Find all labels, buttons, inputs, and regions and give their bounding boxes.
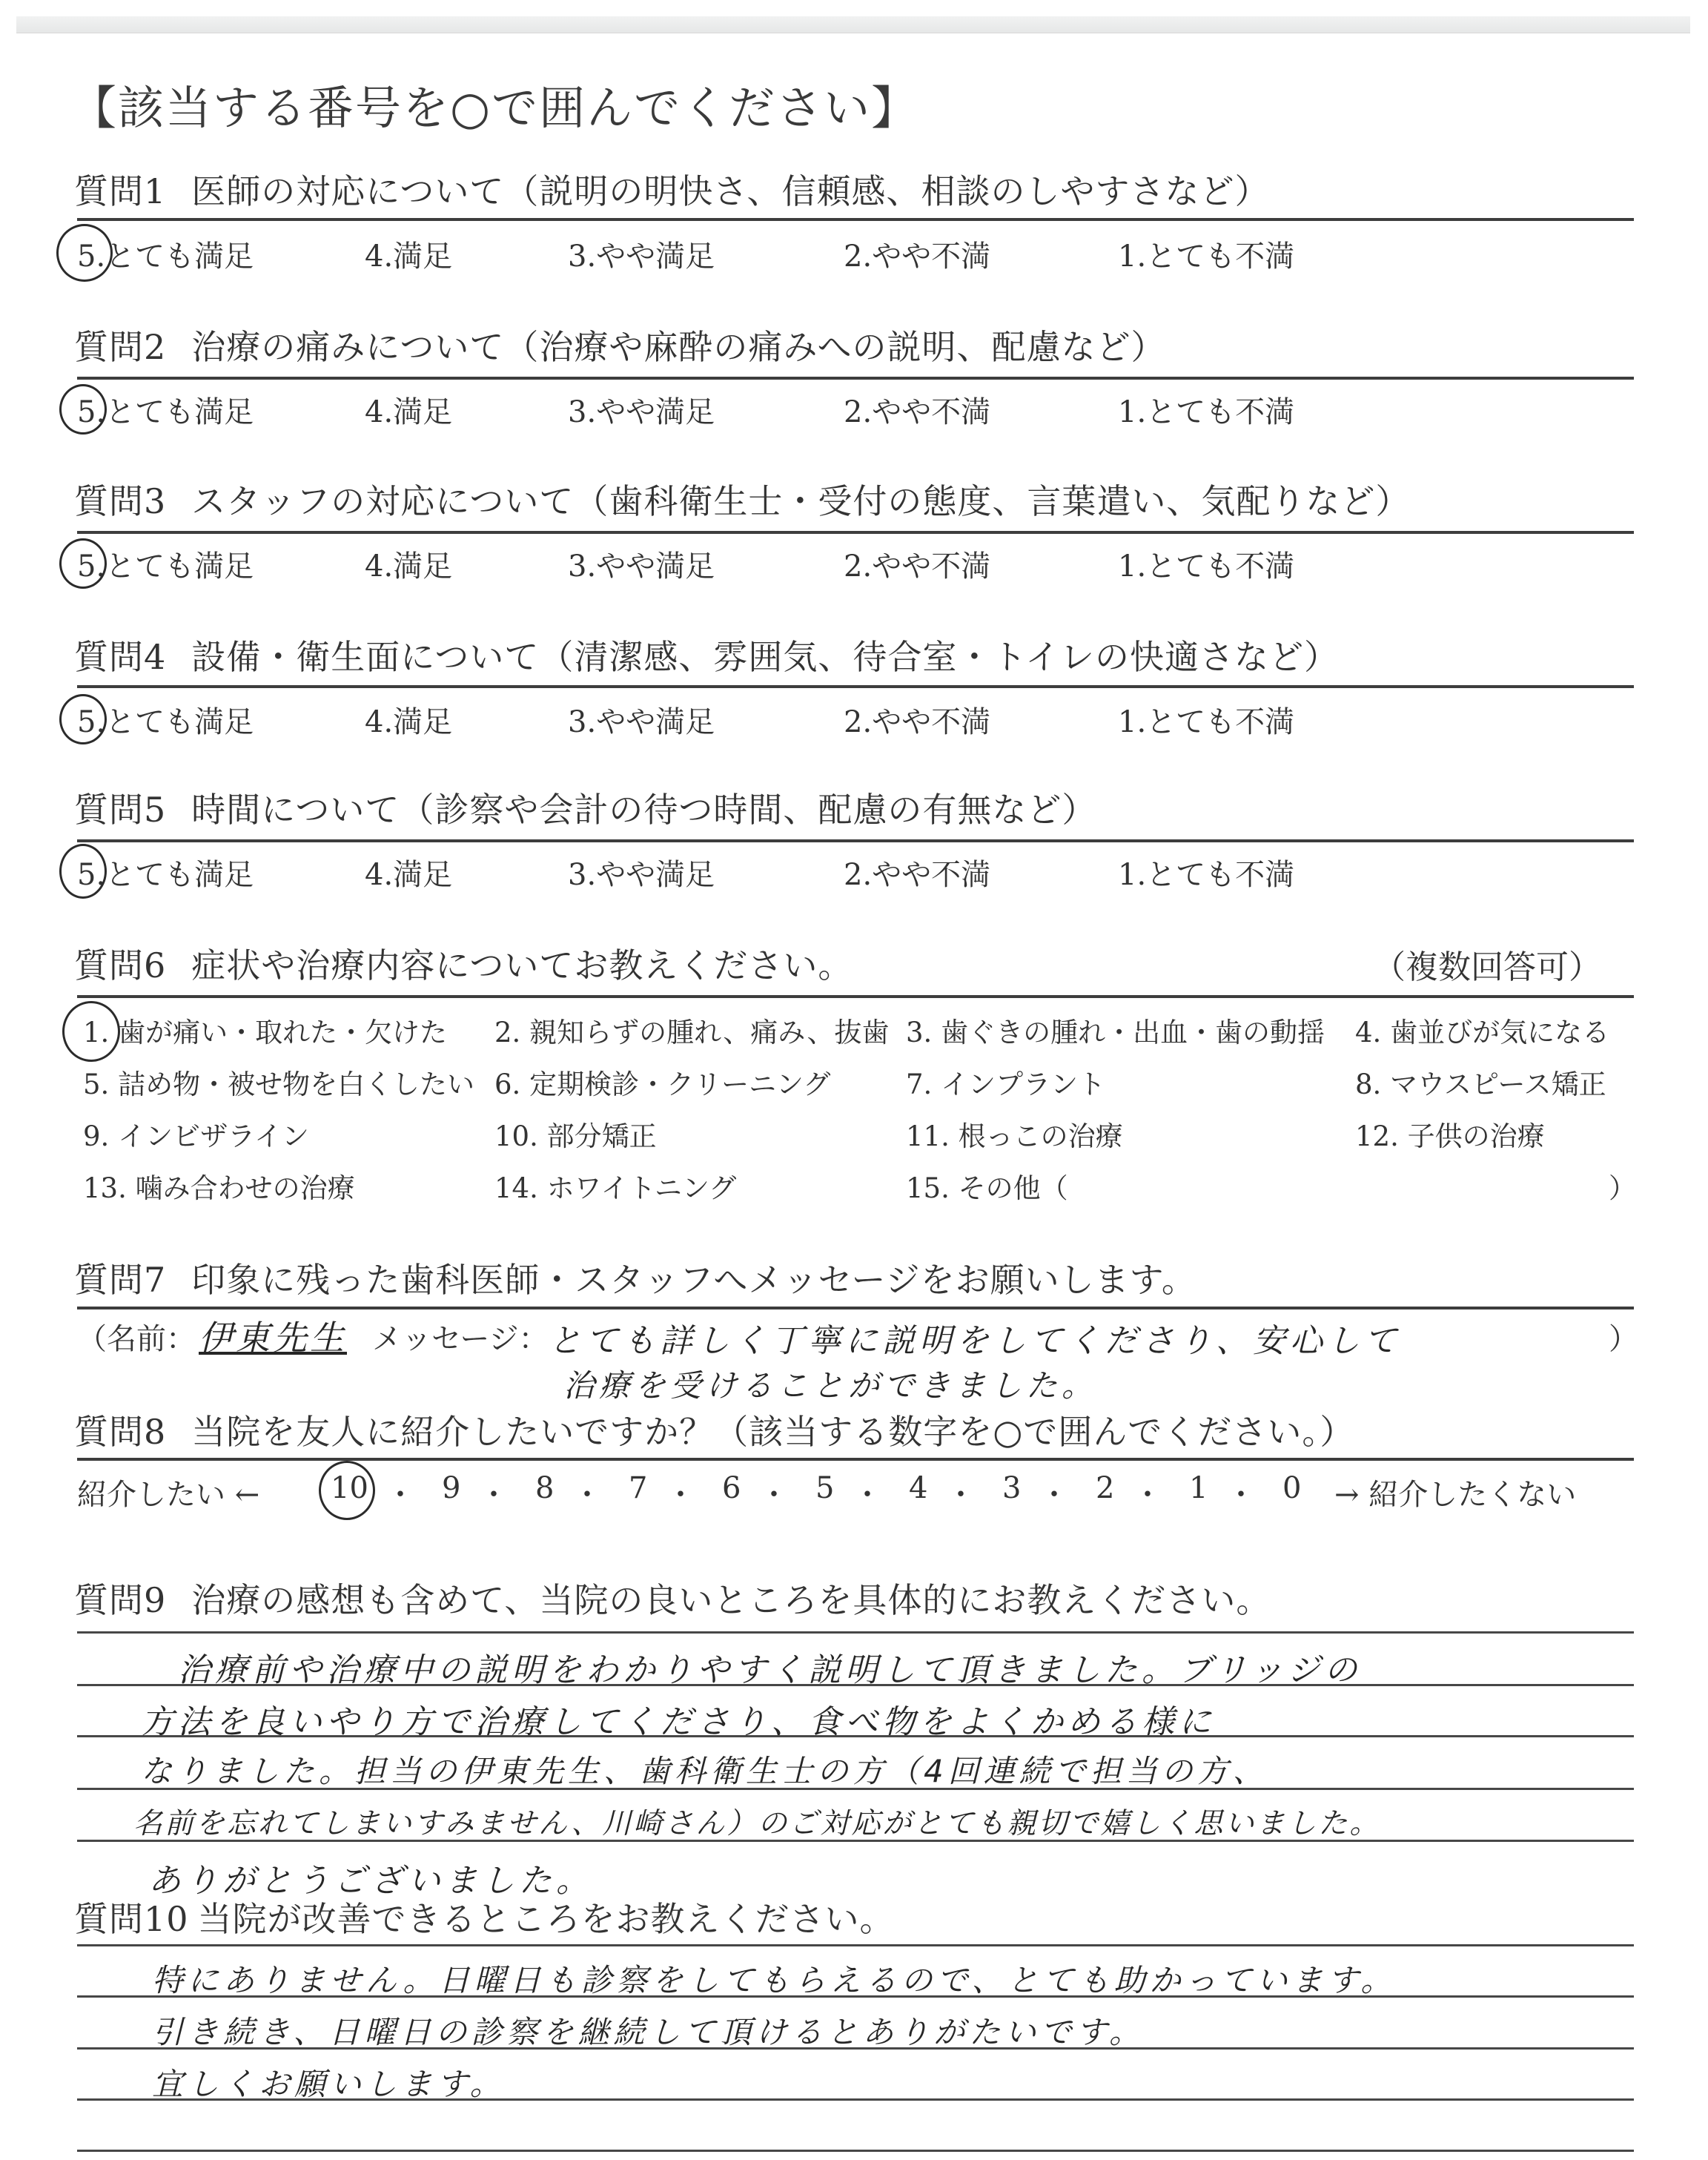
option-2[interactable]: 2.やや不満 <box>844 851 990 894</box>
scale-7[interactable]: 7 <box>629 1471 647 1505</box>
message-field-line-2[interactable]: 治療を受けることができました。 <box>563 1361 1097 1406</box>
option-4[interactable]: 4.満足 <box>365 543 452 585</box>
option-4[interactable]: 4.満足 <box>365 389 452 431</box>
divider <box>77 1944 1634 1946</box>
option-1[interactable]: 1.とても不満 <box>1118 233 1294 275</box>
answer-line-3[interactable]: なりました。担当の伊東先生、歯科衛生士の方（4回連続で担当の方、 <box>141 1747 1268 1791</box>
scale-6[interactable]: 6 <box>722 1471 741 1505</box>
page-title: 【該当する番号を○で囲んでください】 <box>70 71 918 137</box>
checkbox-item-1[interactable]: 1. 歯が痛い・取れた・欠けた <box>83 1010 447 1050</box>
question-text: 印象に残った歯科医師・スタッフへメッセージをお願いします。 <box>191 1260 1196 1300</box>
option-2[interactable]: 2.やや不満 <box>844 698 990 741</box>
writing-line <box>77 2098 1634 2101</box>
question-text: 治療の感想も含めて、当院の良いところを具体的にお教えください。 <box>191 1580 1271 1620</box>
option-5[interactable]: 5.とても満足 <box>77 389 254 431</box>
option-2[interactable]: 2.やや不満 <box>844 233 990 275</box>
checkbox-item-9[interactable]: 9. インビザライン <box>83 1114 309 1154</box>
question-4-options: 5.とても満足 4.満足 3.やや満足 2.やや不満 1.とても不満 <box>74 698 1557 736</box>
question-text: 時間について（診察や会計の待つ時間、配慮の有無など） <box>191 790 1096 830</box>
checkbox-item-11[interactable]: 11. 根っこの治療 <box>906 1114 1123 1154</box>
writing-line <box>77 2047 1634 2050</box>
checkbox-item-6[interactable]: 6. 定期検診・クリーニング <box>494 1062 830 1102</box>
separator: ・ <box>759 1471 789 1513</box>
question-text: 症状や治療内容についてお教えください。 <box>191 945 853 985</box>
option-3[interactable]: 3.やや満足 <box>568 851 715 894</box>
separator: ・ <box>385 1471 415 1513</box>
scale-9[interactable]: 9 <box>442 1471 460 1505</box>
question-number: 質問7 <box>74 1260 166 1300</box>
divider <box>77 995 1634 998</box>
option-1[interactable]: 1.とても不満 <box>1118 389 1294 431</box>
checkbox-item-3[interactable]: 3. 歯ぐきの腫れ・出血・歯の動揺 <box>906 1010 1325 1050</box>
option-3[interactable]: 3.やや満足 <box>568 389 715 431</box>
question-1-heading: 質問1医師の対応について（説明の明快さ、信頼感、相談のしやすさなど） <box>74 165 1270 214</box>
message-label: メッセージ： <box>372 1315 549 1358</box>
answer-line-2[interactable]: 引き続き、日曜日の診察を継続して頂けるとありがたいです。 <box>152 2008 1145 2052</box>
option-5[interactable]: 5.とても満足 <box>77 698 254 741</box>
writing-line <box>77 2150 1634 2152</box>
question-1-options: 5.とても満足 4.満足 3.やや満足 2.やや不満 1.とても不満 <box>74 233 1557 270</box>
divider <box>77 839 1634 842</box>
question-number: 質問8 <box>74 1412 166 1452</box>
scale-10[interactable]: 10 <box>331 1471 368 1505</box>
scale-3[interactable]: 3 <box>1002 1471 1021 1505</box>
question-text: 設備・衛生面について（清潔感、雰囲気、待合室・トイレの快適さなど） <box>191 637 1339 677</box>
question-8-heading: 質問8当院を友人に紹介したいですか？（該当する数字を○で囲んでください。） <box>74 1405 1354 1454</box>
writing-line <box>77 1684 1634 1686</box>
option-3[interactable]: 3.やや満足 <box>568 233 715 275</box>
question-2-heading: 質問2治療の痛みについて（治療や麻酔の痛みへの説明、配慮など） <box>74 320 1165 369</box>
checkbox-item-12[interactable]: 12. 子供の治療 <box>1355 1114 1545 1154</box>
separator: ・ <box>853 1471 882 1513</box>
question-number: 質問10 <box>74 1899 189 1939</box>
answer-line-3[interactable]: 宜しくお願いします。 <box>152 2060 506 2104</box>
question-number: 質問5 <box>74 790 166 830</box>
divider <box>77 1458 1634 1461</box>
separator: ・ <box>479 1471 509 1513</box>
question-text: 当院を友人に紹介したいですか？（該当する数字を○で囲んでください。） <box>191 1412 1354 1452</box>
divider <box>77 1631 1634 1634</box>
message-field-line-1[interactable]: とても詳しく丁寧に説明をしてくださり、安心して <box>549 1314 1401 1361</box>
scale-left-label: 紹介したい ← <box>77 1471 259 1513</box>
other-close-paren: ） <box>1609 1166 1636 1206</box>
writing-line <box>77 1995 1634 1998</box>
question-text: 当院が改善できるところをお教えください。 <box>198 1899 895 1939</box>
divider <box>77 531 1634 534</box>
scale-2[interactable]: 2 <box>1096 1471 1114 1505</box>
checkbox-item-15[interactable]: 15. その他（ <box>906 1166 1068 1206</box>
checkbox-item-2[interactable]: 2. 親知らずの腫れ、痛み、抜歯 <box>494 1010 890 1050</box>
option-1[interactable]: 1.とても不満 <box>1118 851 1294 894</box>
question-2-options: 5.とても満足 4.満足 3.やや満足 2.やや不満 1.とても不満 <box>74 389 1557 426</box>
checkbox-item-14[interactable]: 14. ホワイトニング <box>494 1166 736 1206</box>
answer-line-1[interactable]: 特にありません。日曜日も診察をしてもらえるので、とても助かっています。 <box>152 1956 1396 2001</box>
option-2[interactable]: 2.やや不満 <box>844 543 990 585</box>
writing-line <box>77 1735 1634 1737</box>
separator: ・ <box>946 1471 976 1513</box>
question-number: 質問9 <box>74 1580 166 1620</box>
question-number: 質問6 <box>74 945 166 985</box>
separator: ・ <box>1133 1471 1162 1513</box>
option-4[interactable]: 4.満足 <box>365 233 452 275</box>
option-3[interactable]: 3.やや満足 <box>568 698 715 741</box>
option-5[interactable]: 5.とても満足 <box>77 233 254 275</box>
question-3-options: 5.とても満足 4.満足 3.やや満足 2.やや不満 1.とても不満 <box>74 543 1557 580</box>
checkbox-item-7[interactable]: 7. インプラント <box>906 1062 1105 1102</box>
checkbox-item-5[interactable]: 5. 詰め物・被せ物を白くしたい <box>83 1062 474 1102</box>
checkbox-item-10[interactable]: 10. 部分矯正 <box>494 1114 657 1154</box>
question-text: 治療の痛みについて（治療や麻酔の痛みへの説明、配慮など） <box>191 327 1165 367</box>
question-text: 医師の対応について（説明の明快さ、信頼感、相談のしやすさなど） <box>191 171 1269 211</box>
question-7-heading: 質問7印象に残った歯科医師・スタッフへメッセージをお願いします。 <box>74 1253 1196 1302</box>
option-5[interactable]: 5.とても満足 <box>77 851 254 894</box>
writing-line <box>77 1788 1634 1790</box>
question-number: 質問2 <box>74 327 166 367</box>
scale-1[interactable]: 1 <box>1189 1471 1208 1505</box>
writing-line <box>77 1840 1634 1842</box>
divider <box>77 1307 1634 1309</box>
checkbox-item-8[interactable]: 8. マウスピース矯正 <box>1355 1062 1606 1102</box>
message-close-paren: ） <box>1609 1315 1638 1358</box>
question-number: 質問1 <box>74 171 166 211</box>
option-1[interactable]: 1.とても不満 <box>1118 698 1294 741</box>
scan-top-edge <box>16 16 1690 33</box>
name-field[interactable]: 伊東先生 <box>199 1311 347 1360</box>
divider <box>77 218 1634 221</box>
question-5-options: 5.とても満足 4.満足 3.やや満足 2.やや不満 1.とても不満 <box>74 851 1557 888</box>
question-text: スタッフの対応について（歯科衛生士・受付の態度、言葉遣い、気配りなど） <box>191 481 1410 521</box>
checkbox-item-13[interactable]: 13. 噛み合わせの治療 <box>83 1166 355 1206</box>
checkbox-item-4[interactable]: 4. 歯並びが気になる <box>1355 1010 1609 1050</box>
scale-right-label: → 紹介したくない <box>1334 1471 1576 1513</box>
answer-line-4[interactable]: 名前を忘れてしまいすみません、川崎さん）のご対応がとても親切で嬉しく思いました。 <box>133 1800 1380 1842</box>
question-6-heading: 質問6症状や治療内容についてお教えください。 <box>74 939 853 988</box>
separator: ・ <box>572 1471 602 1513</box>
question-10-heading: 質問10当院が改善できるところをお教えください。 <box>74 1892 895 1941</box>
option-2[interactable]: 2.やや不満 <box>844 389 990 431</box>
question-5-heading: 質問5時間について（診察や会計の待つ時間、配慮の有無など） <box>74 783 1096 832</box>
option-4[interactable]: 4.満足 <box>365 851 452 894</box>
scale-4[interactable]: 4 <box>909 1471 927 1505</box>
question-3-heading: 質問3スタッフの対応について（歯科衛生士・受付の態度、言葉遣い、気配りなど） <box>74 475 1410 524</box>
separator: ・ <box>1226 1471 1256 1513</box>
question-9-heading: 質問9治療の感想も含めて、当院の良いところを具体的にお教えください。 <box>74 1573 1271 1622</box>
name-label: （名前： <box>77 1315 196 1358</box>
question-4-heading: 質問4設備・衛生面について（清潔感、雰囲気、待合室・トイレの快適さなど） <box>74 630 1339 679</box>
multiple-answers-note: （複数回答可） <box>1373 940 1601 988</box>
divider <box>77 685 1634 688</box>
separator: ・ <box>1039 1471 1069 1513</box>
option-1[interactable]: 1.とても不満 <box>1118 543 1294 585</box>
option-4[interactable]: 4.満足 <box>365 698 452 741</box>
question-number: 質問3 <box>74 481 166 521</box>
option-5[interactable]: 5.とても満足 <box>77 543 254 585</box>
question-number: 質問4 <box>74 637 166 677</box>
divider <box>77 377 1634 380</box>
separator: ・ <box>666 1471 695 1513</box>
option-3[interactable]: 3.やや満足 <box>568 543 715 585</box>
scale-8[interactable]: 8 <box>535 1471 554 1505</box>
scale-0[interactable]: 0 <box>1282 1471 1301 1505</box>
scale-5[interactable]: 5 <box>815 1471 834 1505</box>
